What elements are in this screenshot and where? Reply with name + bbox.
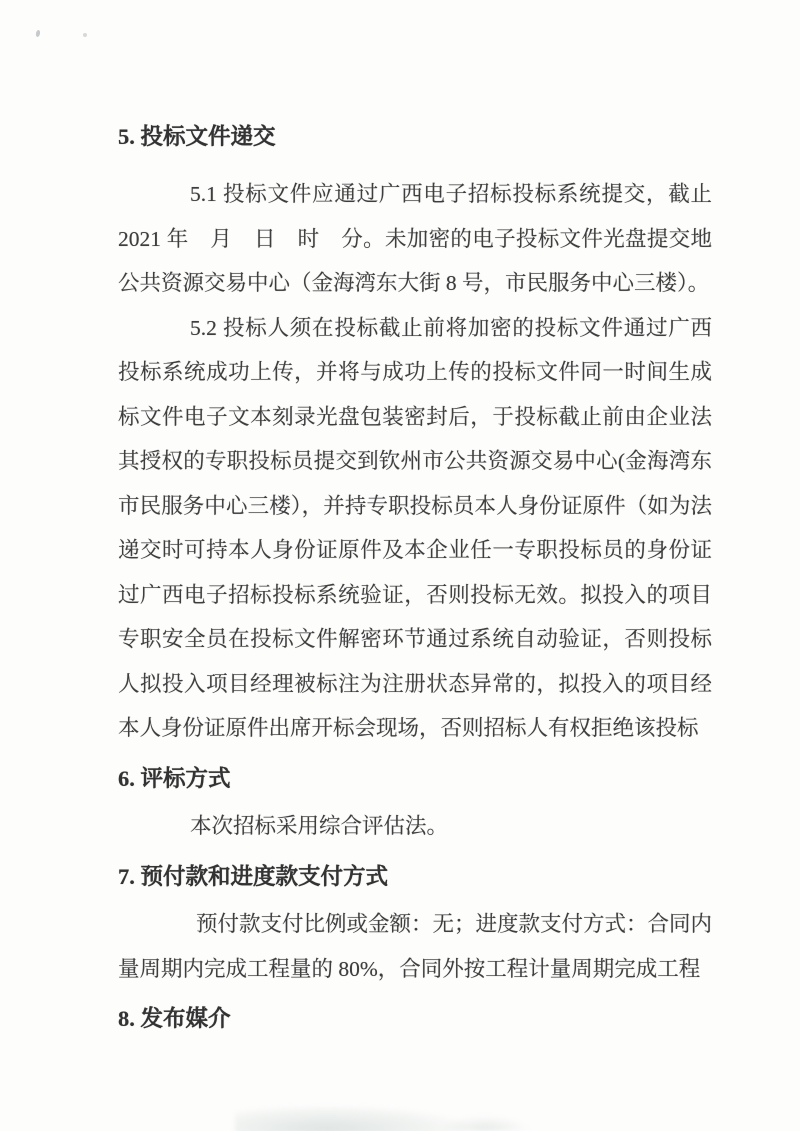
document-page: 5. 投标文件递交 5.1 投标文件应通过广西电子招标投标系统提交，截止时间为 … xyxy=(0,0,800,1131)
paragraph-line: 过广西电子招标投标系统验证，否则投标无效。拟投入的项目经理和所有 xyxy=(118,573,712,618)
section-5-heading: 5. 投标文件递交 xyxy=(118,122,712,152)
paragraph-line: 市民服务中心三楼），并持专职投标员本人身份证原件（如为法定代表人 xyxy=(118,484,712,529)
paragraph-5-1: 5.1 投标文件应通过广西电子招标投标系统提交，截止时间为 2021 年 月 日… xyxy=(118,172,712,306)
document-body: 5. 投标文件递交 5.1 投标文件应通过广西电子招标投标系统提交，截止时间为 … xyxy=(118,0,712,1034)
section-7-heading: 7. 预付款和进度款支付方式 xyxy=(118,862,712,892)
paragraph-line: 本人身份证原件出席开标会现场，否则招标人有权拒绝该投标人投标。 xyxy=(118,706,712,751)
scan-smudge xyxy=(235,1106,465,1131)
section-8-heading: 8. 发布媒介 xyxy=(118,1004,712,1034)
paragraph-line: 投标系统成功上传，并将与成功上传的投标文件同一时间生成的未加密投 xyxy=(118,350,712,395)
scan-speck xyxy=(83,33,87,37)
paragraph-line: 5.2 投标人须在投标截止前将加密的投标文件通过广西电子招标 xyxy=(118,306,712,351)
scan-speck xyxy=(35,30,40,38)
paragraph-line: 2021 年 月 日 时 分。未加密的电子投标文件光盘提交地点为钦州市 xyxy=(118,217,712,262)
paragraph-line: 公共资源交易中心（金海湾东大街 8 号，市民服务中心三楼）。 xyxy=(118,261,712,306)
section-6-heading: 6. 评标方式 xyxy=(118,764,712,794)
paragraph-line: 5.1 投标文件应通过广西电子招标投标系统提交，截止时间为 xyxy=(118,172,712,217)
paragraph-line: 递交时可持本人身份证原件及本企业任一专职投标员的身份证复印件）通 xyxy=(118,528,712,573)
paragraph-7: 预付款支付比例或金额：无；进度款支付方式：合同内按工程计 量周期内完成工程量的 … xyxy=(118,902,712,991)
paragraph-line: 本次招标采用综合评估法。 xyxy=(118,804,712,849)
paragraph-5-2: 5.2 投标人须在投标截止前将加密的投标文件通过广西电子招标 投标系统成功上传，… xyxy=(118,306,712,751)
paragraph-line: 预付款支付比例或金额：无；进度款支付方式：合同内按工程计 xyxy=(118,902,712,947)
paragraph-line: 专职安全员在投标文件解密环节通过系统自动验证，否则投标无效。投标 xyxy=(118,617,712,662)
paragraph-line: 人拟投入项目经理被标注为注册状态异常的，拟投入的项目经理本人须持 xyxy=(118,662,712,707)
paragraph-line: 其授权的专职投标员提交到钦州市公共资源交易中心(金海湾东大街 8 号， xyxy=(118,439,712,484)
paragraph-line: 量周期内完成工程量的 80%，合同外按工程计量周期完成工程量的 60%。 xyxy=(118,947,712,992)
paragraph-line: 标文件电子文本刻录光盘包装密封后，于投标截止前由企业法定代表人或 xyxy=(118,395,712,440)
scan-smudge xyxy=(440,1115,530,1131)
paragraph-6: 本次招标采用综合评估法。 xyxy=(118,804,712,849)
